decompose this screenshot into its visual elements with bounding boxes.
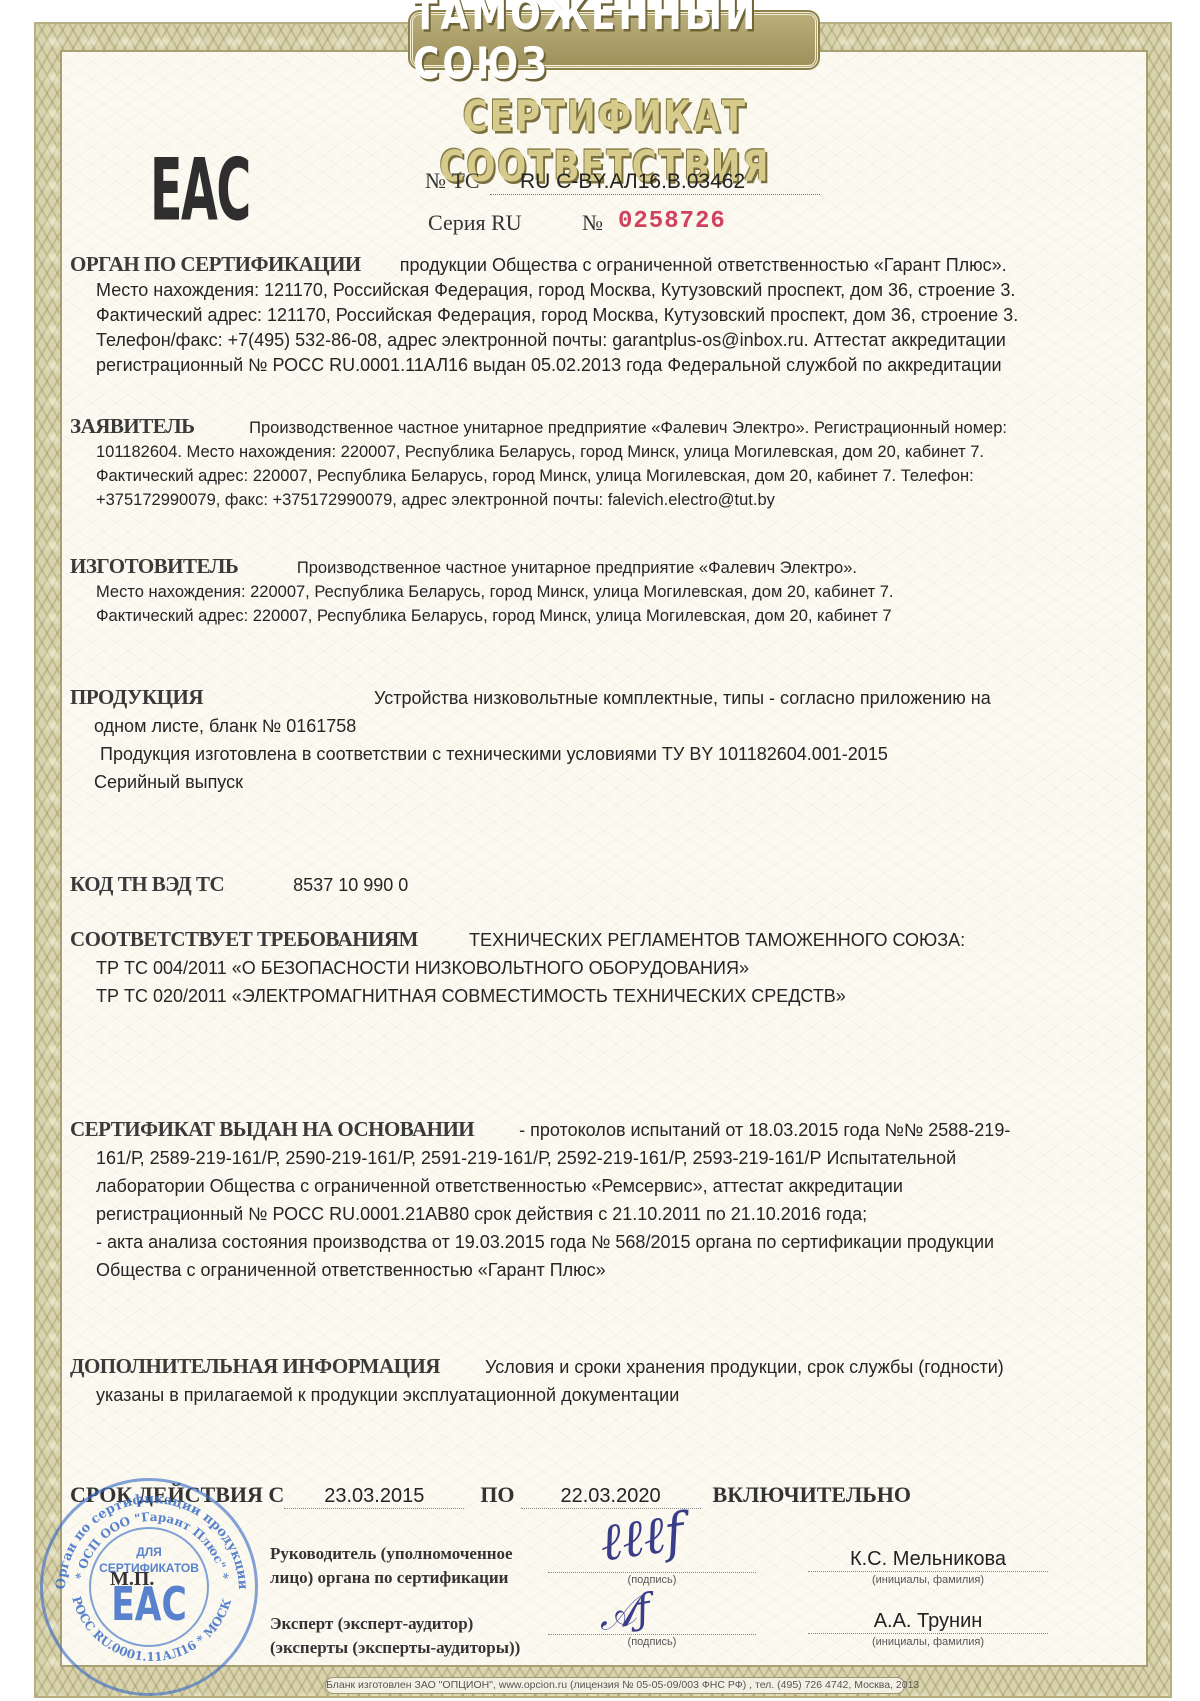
union-title: ТАМОЖЕННЫЙ СОЮЗ [413,0,815,89]
head-name: К.С. Мельникова [808,1548,1048,1572]
head-name-caption: (инициалы, фамилия) [808,1574,1048,1586]
section-line: Продукция изготовлена в соответствии с т… [70,740,1150,768]
section-manufacturer: ИЗГОТОВИТЕЛЬ Производственное частное ун… [70,554,1150,628]
eac-mark-icon: ЕАС [150,140,250,240]
section-basis: СЕРТИФИКАТ ВЫДАН НА ОСНОВАНИИ - протокол… [70,1115,1150,1284]
expert-name: А.А. Трунин [808,1610,1048,1634]
section-line: одном листе, бланк № 0161758 [70,712,1150,740]
section-first-line: ТЕХНИЧЕСКИХ РЕГЛАМЕНТОВ ТАМОЖЕННОГО СОЮЗ… [469,930,965,950]
customs-union-badge: ТАМОЖЕННЫЙ СОЮЗ [410,12,818,68]
series-number-label: № [582,210,603,236]
section-heading: ПРОДУКЦИЯ [70,683,203,711]
section-line: Общества с ограниченной ответственностью… [70,1256,1150,1284]
section-line: Серийный выпуск [70,768,1150,796]
section-additional: ДОПОЛНИТЕЛЬНАЯ ИНФОРМАЦИЯ Условия и срок… [70,1352,1150,1409]
validity-from-date: 23.03.2015 [284,1485,464,1509]
section-line: 101182604. Место нахождения: 220007, Рес… [70,440,1150,464]
section-line: указаны в прилагаемой к продукции эксплу… [70,1381,1150,1409]
head-signature-scribble: ℓℓℓf [596,1502,688,1573]
section-heading: ОРГАН ПО СЕРТИФИКАЦИИ [70,252,361,277]
expert-signature-label: Эксперт (эксперт-аудитор) (эксперты (экс… [270,1612,520,1660]
tc-number-label: № ТС [425,168,480,194]
section-line: ТР ТС 020/2011 «ЭЛЕКТРОМАГНИТНАЯ СОВМЕСТ… [70,982,1150,1010]
series-label: Серия RU [428,210,522,236]
expert-signature-scribble: 𝒜ƒ [594,1586,654,1640]
expert-signature-line [548,1634,756,1635]
section-line: лаборатории Общества с ограниченной отве… [70,1172,1150,1200]
tc-number-value: RU C-BY.АЛ16.В.03462 [490,170,820,195]
section-line: +375172990079, факс: +375172990079, адре… [70,488,1150,512]
section-requirements: СООТВЕТСТВУЕТ ТРЕБОВАНИЯМ ТЕХНИЧЕСКИХ РЕ… [70,925,1150,1010]
seal-place-label: М.П. [110,1568,154,1591]
head-signature-label: Руководитель (уполномоченное лицо) орган… [270,1542,513,1590]
section-first-line: Устройства низковольтные комплектные, ти… [374,688,991,708]
section-line: 161/Р, 2589-219-161/Р, 2590-219-161/Р, 2… [70,1144,1150,1172]
section-line: ТР ТС 004/2011 «О БЕЗОПАСНОСТИ НИЗКОВОЛЬ… [70,954,1150,982]
section-first-line: - протоколов испытаний от 18.03.2015 год… [519,1120,1010,1140]
section-heading: КОД ТН ВЭД ТС [70,872,224,897]
section-first-line: продукции Общества с ограниченной ответс… [400,255,1007,275]
section-line: регистрационный № РОСС RU.0001.21АВ80 ср… [70,1200,1150,1228]
section-first-line: Условия и сроки хранения продукции, срок… [485,1357,1004,1377]
section-heading: ДОПОЛНИТЕЛЬНАЯ ИНФОРМАЦИЯ [70,1352,440,1380]
validity-inclusive-label: ВКЛЮЧИТЕЛЬНО [713,1482,911,1508]
section-line: Фактический адрес: 220007, Республика Бе… [70,604,1150,628]
section-line: - акта анализа состояния производства от… [70,1228,1150,1256]
series-number-value: 0258726 [618,208,726,235]
section-line: Фактический адрес: 220007, Республика Бе… [70,464,1150,488]
validity-to-label: ПО [480,1482,514,1508]
section-applicant: ЗАЯВИТЕЛЬ Производственное частное унита… [70,414,1150,512]
section-first-line: Производственное частное унитарное предп… [249,419,1007,437]
head-signature-caption: (подпись) [548,1574,756,1586]
stamp-center-line1: ДЛЯ [43,1545,255,1559]
section-product: ПРОДУКЦИЯ Устройства низковольтные компл… [70,683,1150,796]
section-heading: ЗАЯВИТЕЛЬ [70,414,195,438]
section-line: регистрационный № РОСС RU.0001.11АЛ16 вы… [70,353,1150,378]
form-imprint: Бланк изготовлен ЗАО "ОПЦИОН", www.opcio… [325,1677,905,1694]
section-heading: СЕРТИФИКАТ ВЫДАН НА ОСНОВАНИИ [70,1115,474,1143]
hs-code-value: 8537 10 990 0 [293,875,408,895]
section-line: Фактический адрес: 121170, Российская Фе… [70,303,1150,328]
section-line: Место нахождения: 121170, Российская Фед… [70,278,1150,303]
section-line: Телефон/факс: +7(495) 532-86-08, адрес э… [70,328,1150,353]
section-cert-body: ОРГАН ПО СЕРТИФИКАЦИИ продукции Общества… [70,252,1150,378]
section-first-line: Производственное частное унитарное предп… [297,559,857,577]
head-signature-line [548,1572,756,1573]
section-hs-code: КОД ТН ВЭД ТС 8537 10 990 0 [70,872,670,898]
section-heading: ИЗГОТОВИТЕЛЬ [70,554,238,578]
expert-name-caption: (инициалы, фамилия) [808,1636,1048,1648]
section-line: Место нахождения: 220007, Республика Бел… [70,580,1150,604]
expert-signature-caption: (подпись) [548,1636,756,1648]
section-heading: СООТВЕТСТВУЕТ ТРЕБОВАНИЯМ [70,925,418,953]
